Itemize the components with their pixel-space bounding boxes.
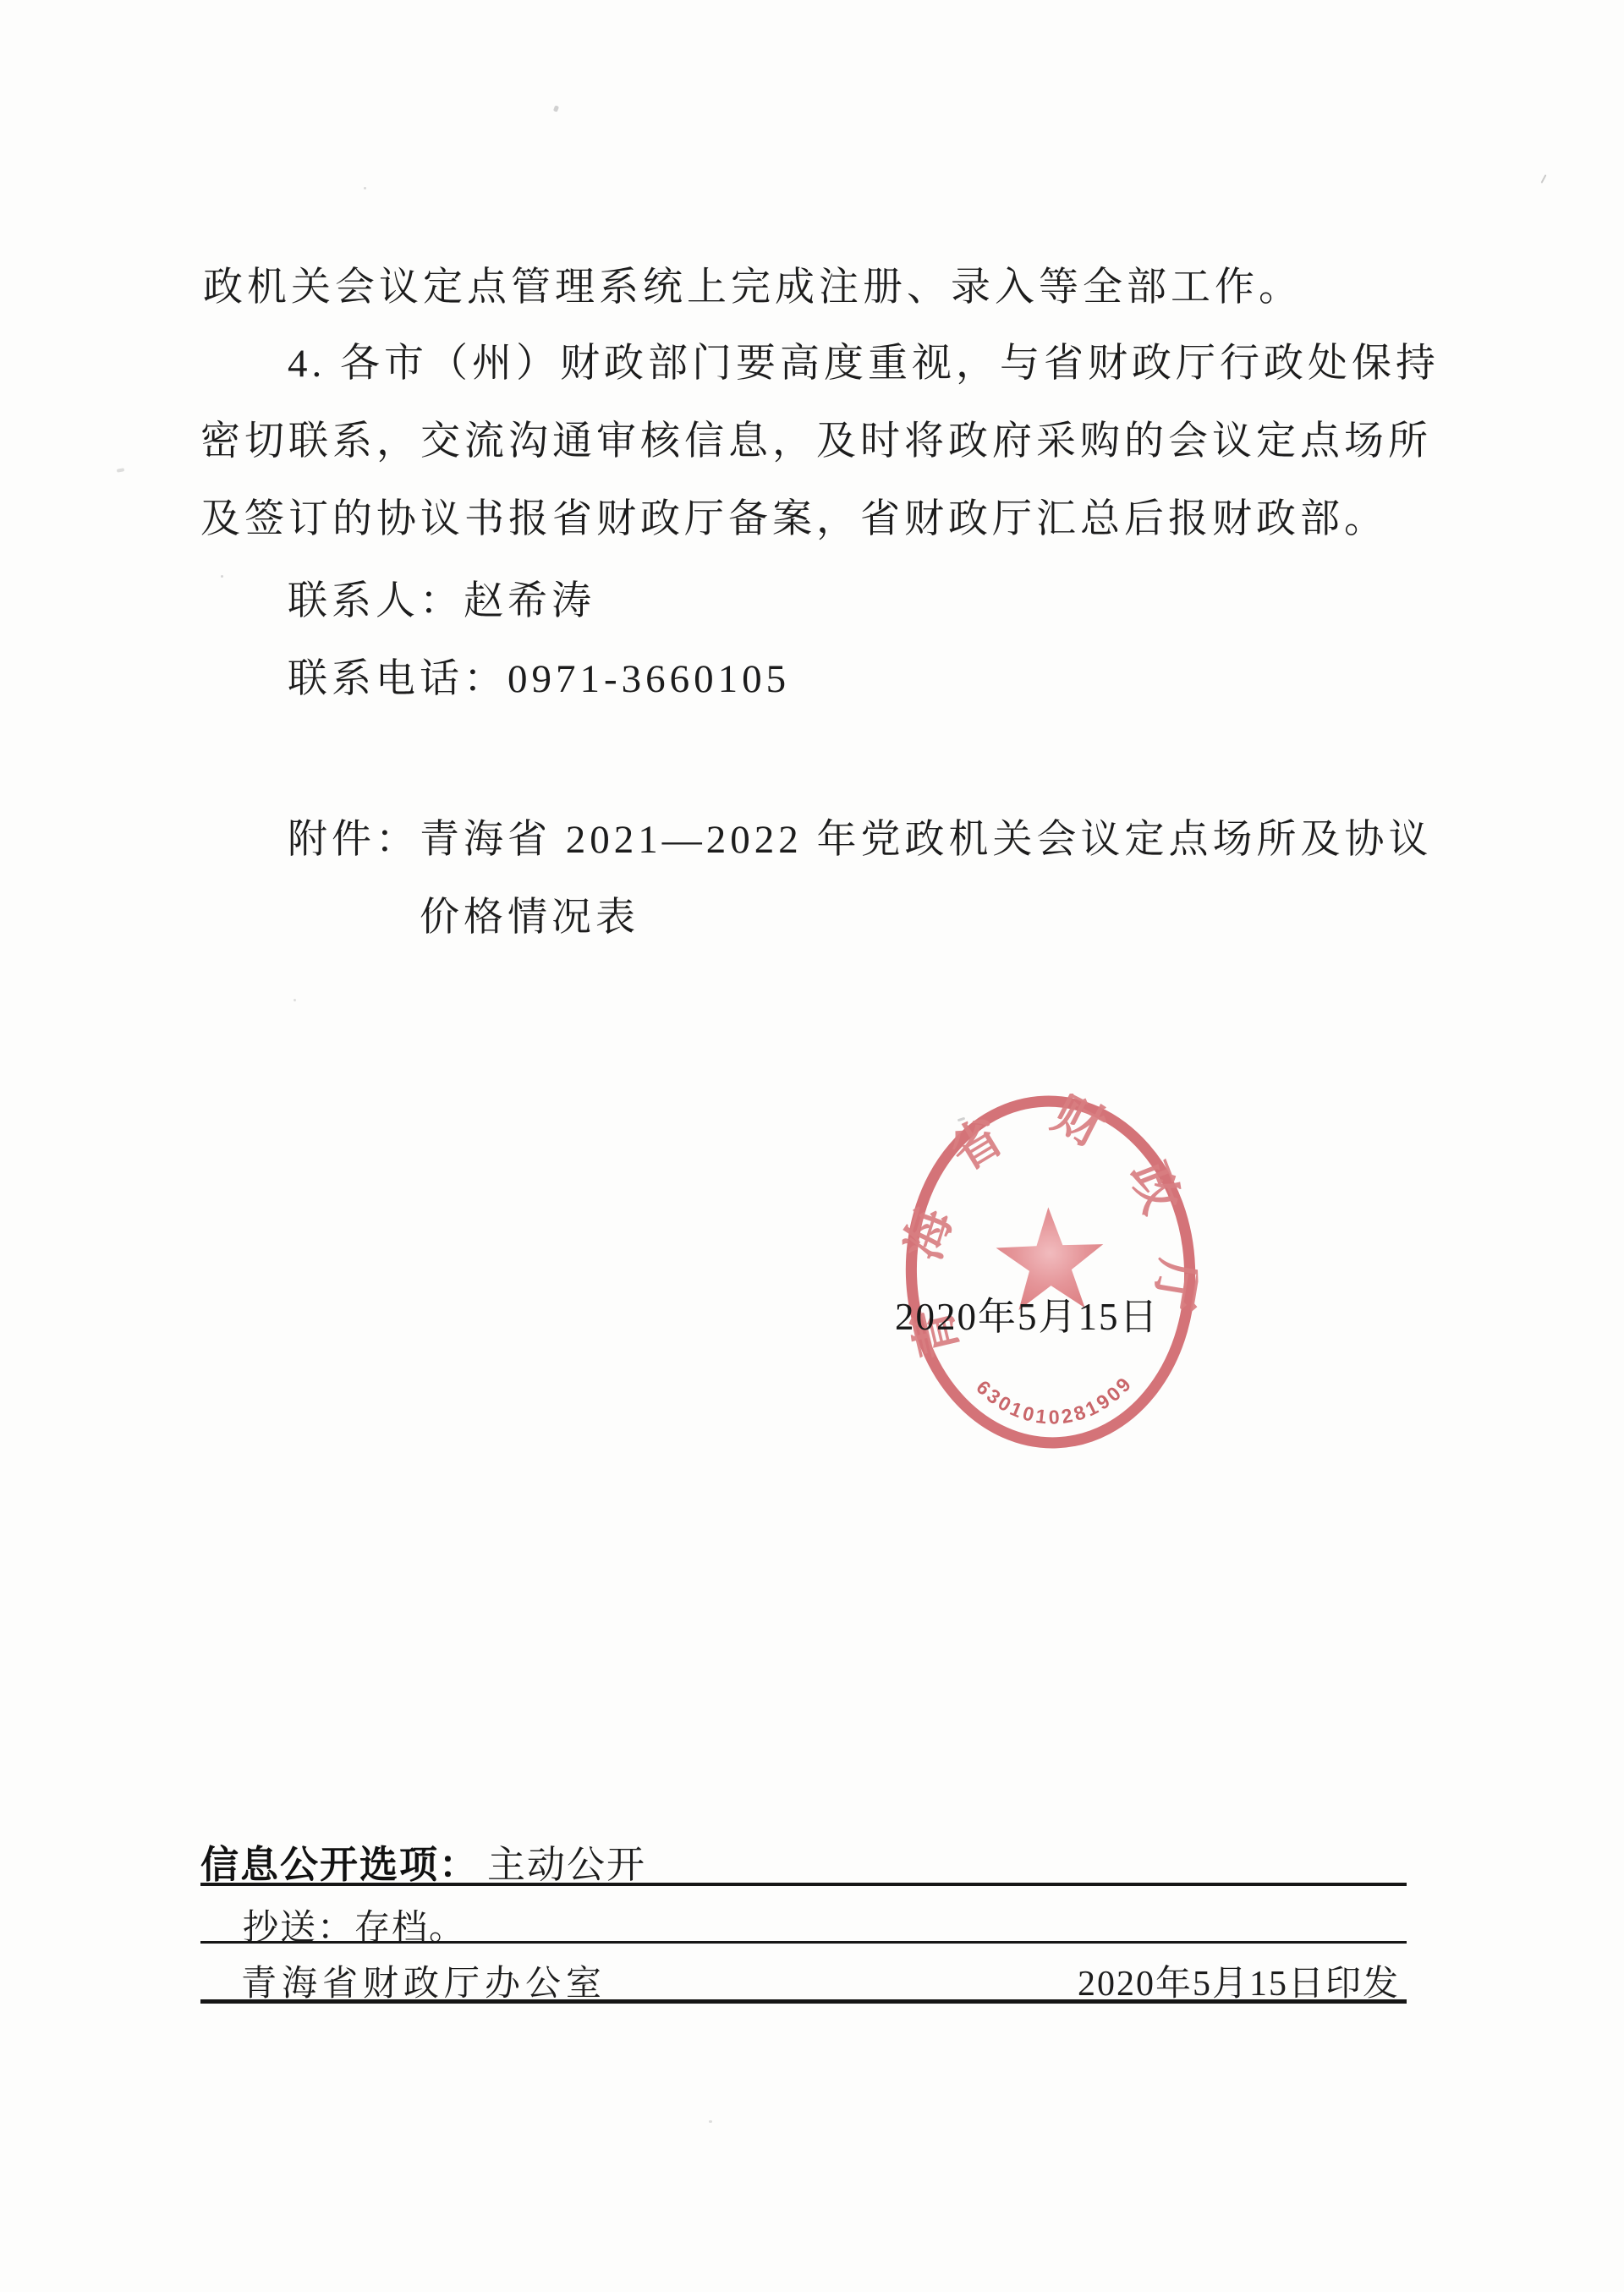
disclosure-value: 主动公开 xyxy=(487,1844,646,1886)
document-page: 政机关会议定点管理系统上完成注册、录入等全部工作。 4. 各市（州）财政部门要高… xyxy=(0,0,1624,2292)
footer-rule-middle xyxy=(200,1941,1407,1944)
document-date: 2020年5月15日 xyxy=(895,1286,1160,1341)
scan-speck xyxy=(294,999,296,1001)
scan-speck xyxy=(709,2120,712,2123)
contact-person: 联系人：赵希涛 xyxy=(288,580,595,624)
scan-speck xyxy=(1541,174,1547,184)
scan-speck xyxy=(553,105,559,112)
body-line-4: 及签订的协议书报省财政厅备案，省财政厅汇总后报财政部。 xyxy=(200,498,1388,542)
scan-speck xyxy=(117,468,125,473)
footer-rule-bottom xyxy=(200,1999,1407,2004)
contact-phone: 联系电话：0971-3660105 xyxy=(288,658,790,702)
scan-speck xyxy=(221,575,223,578)
issuer-row: 青海省财政厅办公室 2020年5月15日印发 xyxy=(200,1955,1407,2006)
issuer-office: 青海省财政厅办公室 xyxy=(241,1955,606,2006)
scan-speck xyxy=(364,187,366,189)
attachment-line-2: 价格情况表 xyxy=(420,897,639,940)
print-date: 2020年5月15日印发 xyxy=(1078,1955,1400,2006)
body-line-2: 4. 各市（州）财政部门要高度重视，与省财政厅行政处保持 xyxy=(288,343,1440,387)
disclosure-line: 信息公开选项：主动公开 xyxy=(200,1834,646,1889)
body-line-3: 密切联系，交流沟通审核信息，及时将政府采购的会议定点场所 xyxy=(200,420,1432,464)
official-seal: 青海省财政厅 6301010281909 xyxy=(897,1089,1204,1455)
footer-rule-top xyxy=(200,1883,1407,1886)
body-line-1: 政机关会议定点管理系统上完成注册、录入等全部工作。 xyxy=(203,266,1303,310)
disclosure-label: 信息公开选项： xyxy=(200,1843,479,1886)
attachment-line-1: 附件：青海省 2021—2022 年党政机关会议定点场所及协议 xyxy=(288,819,1433,863)
